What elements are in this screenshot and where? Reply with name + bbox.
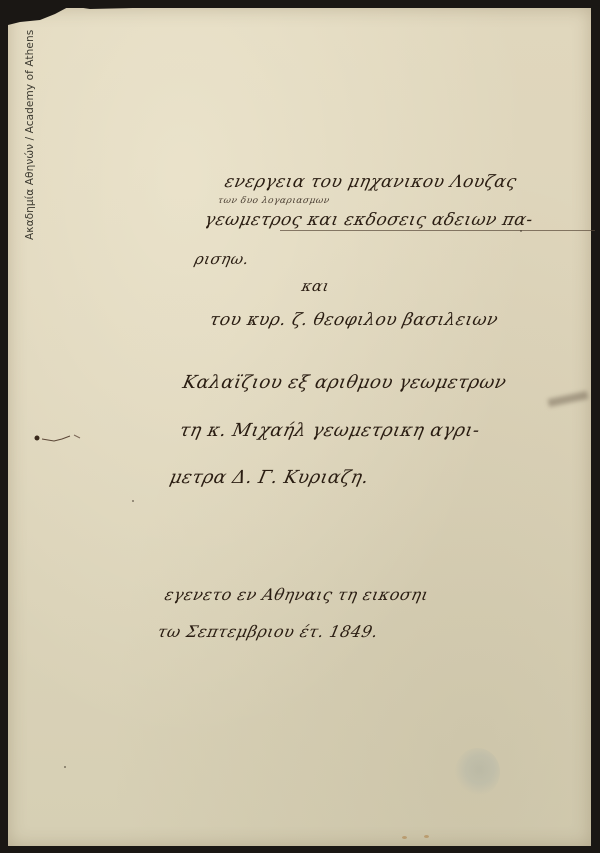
handwriting-line-7: τη κ. Μιχαήλ γεωμετρικη αγρι- — [178, 420, 482, 441]
paper-speck — [132, 500, 134, 502]
handwriting-line-10-date: τω Σεπτεμβριου έτ. 1849. — [156, 622, 380, 641]
archive-watermark-text: Ακαδημία Αθηνών / Academy of Athens — [24, 30, 36, 240]
paper-speck — [520, 230, 522, 232]
handwriting-line-6: Καλαϊζιου εξ αριθμου γεωμετρων — [181, 372, 509, 393]
handwriting-line-3: ρισηω. — [193, 250, 251, 268]
paper-speck — [250, 322, 252, 324]
margin-ink-mark-icon — [32, 432, 82, 444]
handwriting-line-8-signature: μετρα Δ. Γ. Κυριαζη. — [168, 467, 371, 488]
handwriting-interlinear-note: των δυο λογαριασμων — [217, 196, 330, 206]
handwriting-line-4: και — [300, 277, 331, 295]
ink-underline — [280, 230, 595, 231]
torn-top-edge — [0, 0, 600, 40]
handwriting-line-5: του κυρ. ζ. θεοφιλου βασιλειων — [208, 310, 500, 330]
handwriting-line-9-dateline: εγενετο εν Αθηναις τη εικοσηι — [163, 585, 430, 604]
paper-speck — [64, 766, 66, 768]
handwriting-line-2: γεωμετρος και εκδοσεις αδειων πα- — [203, 210, 535, 230]
athena-stamp-icon — [455, 748, 500, 796]
foxing-spot — [402, 836, 407, 839]
foxing-spot — [424, 835, 429, 838]
handwriting-line-1: ενεργεια του μηχανικου Λουζας — [223, 172, 519, 192]
